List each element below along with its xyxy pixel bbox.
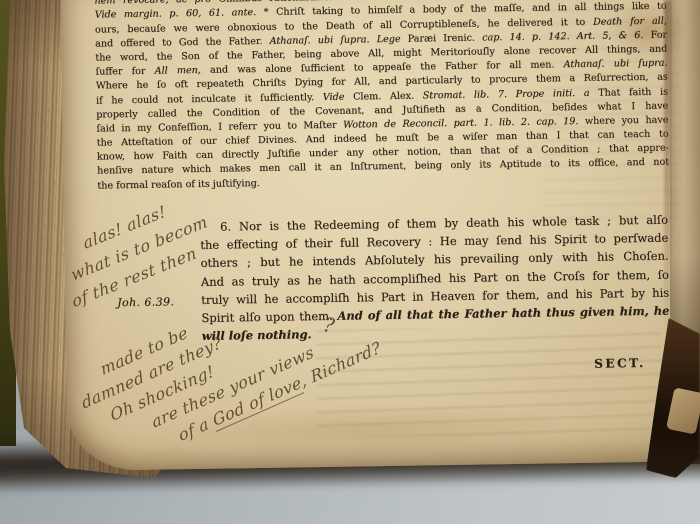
print-segment: where you have xyxy=(585,114,669,126)
print-segment: ſaid in my Confeſſion, I referr you to M… xyxy=(96,120,343,135)
print-segment: if he could not inculcate it ſufficientl… xyxy=(96,91,323,106)
book-page: Deus judicet orbis ; ipſius enim interer… xyxy=(60,0,700,471)
print-segment: All men, xyxy=(155,65,201,77)
print-segment: Athanaſ. ubi ſupra. xyxy=(563,58,667,71)
print-segment: Clem. Alex. xyxy=(353,90,423,102)
print-segment: and offered to God the Father. xyxy=(95,36,270,50)
print-segment: Athanaſ. ubi ſupra. Lege xyxy=(270,33,408,46)
book-photo: Deus judicet orbis ; ipſius enim interer… xyxy=(0,0,700,524)
print-segment: nem revocare, ac pro xyxy=(94,0,218,7)
print-segment: Vide xyxy=(323,91,353,102)
print-segment: Stromat. lib. 7. Prope initi. a xyxy=(423,87,599,101)
print-segment: Paræi Irenic. xyxy=(408,32,483,44)
print-segment: Death for all, xyxy=(593,15,667,27)
print-segment: That faith is xyxy=(598,86,668,98)
catchword: SECT. xyxy=(594,356,646,371)
footnote-block: Deus judicet orbis ; ipſius enim interer… xyxy=(94,0,669,193)
print-segment: Vide margin. p. 60, 61. ante. xyxy=(95,7,264,21)
margin-note: Joh. 6.39. xyxy=(117,295,174,309)
print-segment: Wotton de Reconcil. part. 1. lib. 2. cap… xyxy=(343,116,585,131)
print-segment: ſuffer for xyxy=(95,66,154,78)
print-segment: cap. 14. p. 142. Art. 5, & 6. xyxy=(482,30,651,44)
gutter-crease xyxy=(664,0,671,340)
